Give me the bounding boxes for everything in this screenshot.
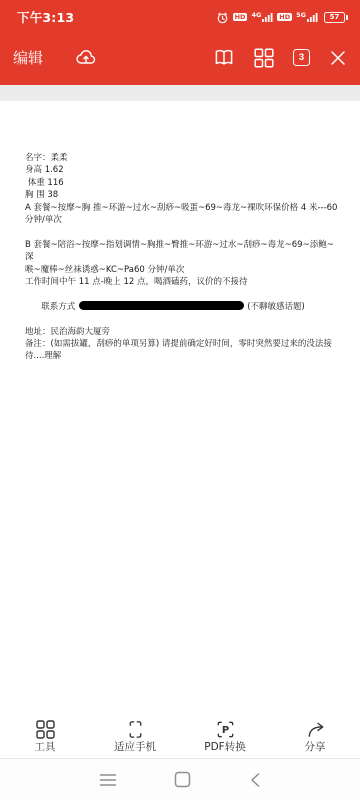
doc-line-chest: 胸 围 38 — [25, 189, 338, 201]
tools-button[interactable]: 工具 — [0, 713, 90, 758]
status-time: 下午3:13 — [17, 8, 74, 26]
cloud-upload-icon — [74, 46, 98, 70]
grid-icon — [254, 48, 274, 68]
cloud-upload-button[interactable] — [74, 46, 98, 70]
alarm-icon — [216, 11, 229, 24]
fit-phone-button[interactable]: 适应手机 — [90, 713, 180, 758]
pdf-convert-label: PDF转换 — [204, 742, 245, 753]
fit-phone-label: 适应手机 — [114, 742, 156, 753]
signal-4g: 4G — [251, 12, 273, 23]
read-mode-icon — [213, 47, 235, 69]
share-label: 分享 — [305, 742, 326, 753]
battery-icon: 57 — [324, 12, 348, 23]
doc-line-height: 身高 1.62 — [25, 164, 338, 176]
bottom-toolbar: 工具 适应手机 P PDF转换 分享 — [0, 713, 360, 758]
tools-icon — [35, 719, 56, 740]
doc-line-weight: 体重 116 — [25, 177, 338, 189]
read-mode-button[interactable] — [213, 47, 235, 69]
pdf-convert-button[interactable]: P PDF转换 — [180, 713, 270, 758]
android-nav-bar — [0, 759, 360, 800]
doc-line-address: 地址：民治海韵大厦旁 — [25, 326, 338, 338]
contact-label: 联系方式 — [41, 302, 75, 312]
tab-count-button[interactable]: 3 — [293, 49, 310, 66]
doc-line-package-b-cont: 喉~魔棒~丝袜诱惑~KC~Pa60 分钟/单次 — [25, 264, 338, 276]
page-margin-band — [0, 85, 360, 101]
screen: 下午3:13 HD 4G HD 5G — [0, 0, 360, 800]
home-icon — [174, 771, 191, 788]
signal-4g-label: 4G — [251, 12, 261, 19]
app-bar: 编辑 3 — [0, 30, 360, 85]
contact-note: (不聊敏感话题) — [247, 302, 305, 312]
tools-grid-button[interactable] — [254, 48, 274, 68]
doc-line-package-a-cont: 分钟/单次 — [25, 214, 338, 226]
share-icon — [305, 719, 326, 740]
hd-badge: HD — [233, 13, 248, 22]
fit-phone-icon — [125, 719, 146, 740]
tools-label: 工具 — [35, 742, 56, 753]
redaction-bar — [79, 301, 244, 310]
back-icon — [248, 771, 262, 789]
signal-bars-icon — [262, 12, 273, 22]
home-button[interactable] — [174, 771, 191, 788]
signal-5g: 5G — [296, 12, 318, 23]
edit-button[interactable]: 编辑 — [13, 47, 43, 68]
close-icon — [329, 49, 347, 67]
status-icons: HD 4G HD 5G 57 — [216, 11, 348, 24]
menu-icon — [99, 772, 117, 788]
battery-percent: 57 — [324, 12, 345, 23]
signal-bars-icon — [307, 12, 318, 22]
back-button[interactable] — [248, 771, 262, 789]
signal-5g-label: 5G — [296, 12, 306, 19]
pdf-convert-icon: P — [215, 719, 236, 740]
battery-nub — [346, 15, 348, 20]
share-button[interactable]: 分享 — [270, 713, 360, 758]
hd-badge: HD — [277, 13, 292, 22]
pdf-letter: P — [221, 725, 228, 736]
doc-line-name: 名字：柔柔 — [25, 152, 338, 164]
tab-count-icon: 3 — [293, 49, 310, 66]
menu-button[interactable] — [99, 772, 117, 788]
close-button[interactable] — [329, 49, 347, 67]
doc-line-package-b: B 套餐~陪浴~按摩~指划调情~胸推~臀推~环游~过水~刮痧~毒龙~69~添鲍~… — [25, 239, 338, 264]
doc-line-package-a: A 套餐~按摩~胸 推~环游~过水~刮痧~吸蛋~69~毒龙~裸吹环保价格 4 米… — [25, 202, 338, 214]
doc-line-contact: 联系方式(不聊敏感话题) — [25, 288, 338, 325]
app-bar-actions: 3 — [213, 47, 347, 69]
doc-line-work-hours: 工作时间中午 11 点-晚上 12 点，喝酒磕药，议价的不接待 — [25, 276, 338, 288]
document-page[interactable]: 名字：柔柔 身高 1.62 体重 116 胸 围 38 A 套餐~按摩~胸 推~… — [0, 101, 360, 713]
status-bar: 下午3:13 HD 4G HD 5G — [0, 0, 360, 30]
doc-line-note: 备注：(如需拔罐，刮痧的单项另算) 请提前确定好时间，零时突然要过来的没法接待.… — [25, 338, 338, 363]
